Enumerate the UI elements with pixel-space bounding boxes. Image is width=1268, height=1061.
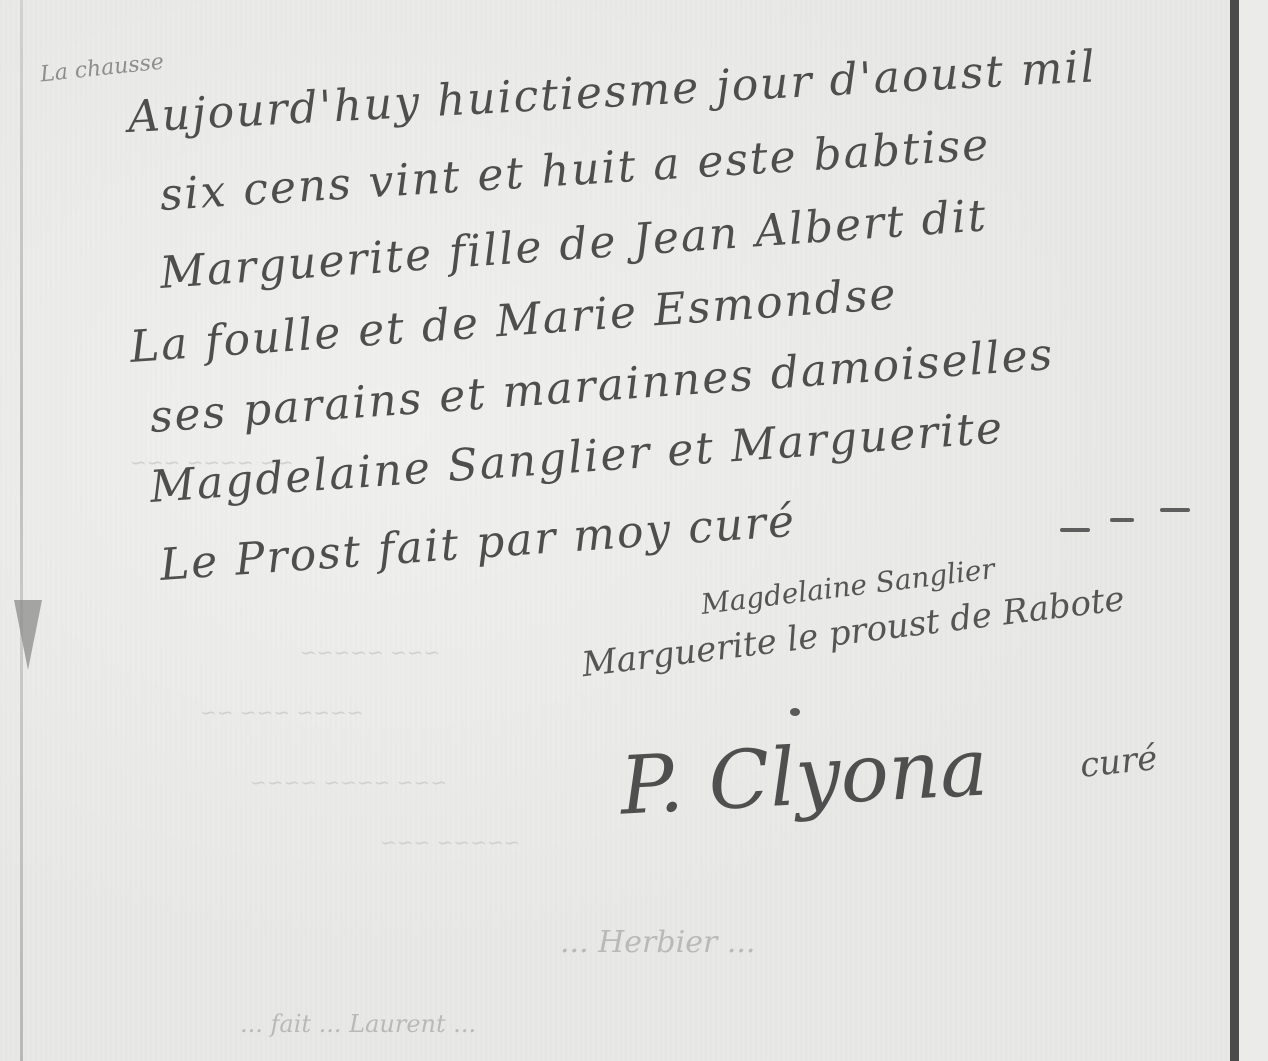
signature-priest-title: curé	[1078, 738, 1159, 786]
paper-tear	[14, 600, 42, 670]
dash-stroke	[1160, 508, 1190, 512]
ink-blot	[790, 708, 800, 716]
bleed-through-text: ~~~~~ ~~~	[380, 830, 520, 854]
page-fold-line	[20, 0, 23, 1061]
manuscript-page: ~~ ~~~~ ~~~ ~~~ ~~~~~ ~~~~ ~~~ ~~ ~~~ ~~…	[0, 0, 1268, 1061]
dash-stroke	[1060, 528, 1090, 532]
signature-priest: P. Clyona	[618, 720, 990, 832]
margin-note: La chausse	[39, 50, 165, 88]
faint-text-bottom: ... fait ... Laurent ...	[240, 1010, 476, 1038]
bleed-through-text: ~~~ ~~~~~	[300, 640, 440, 664]
bleed-through-text: ~~~~ ~~~ ~~	[200, 700, 364, 724]
binding-edge	[1230, 0, 1239, 1061]
dash-stroke	[1110, 518, 1134, 522]
adjacent-page-edge	[1239, 0, 1268, 1061]
record-line-7: Le Prost fait par moy curé	[158, 496, 797, 591]
faint-signature-herbier: ... Herbier ...	[560, 925, 755, 960]
bleed-through-text: ~~~ ~~~~ ~~~~	[250, 770, 447, 794]
